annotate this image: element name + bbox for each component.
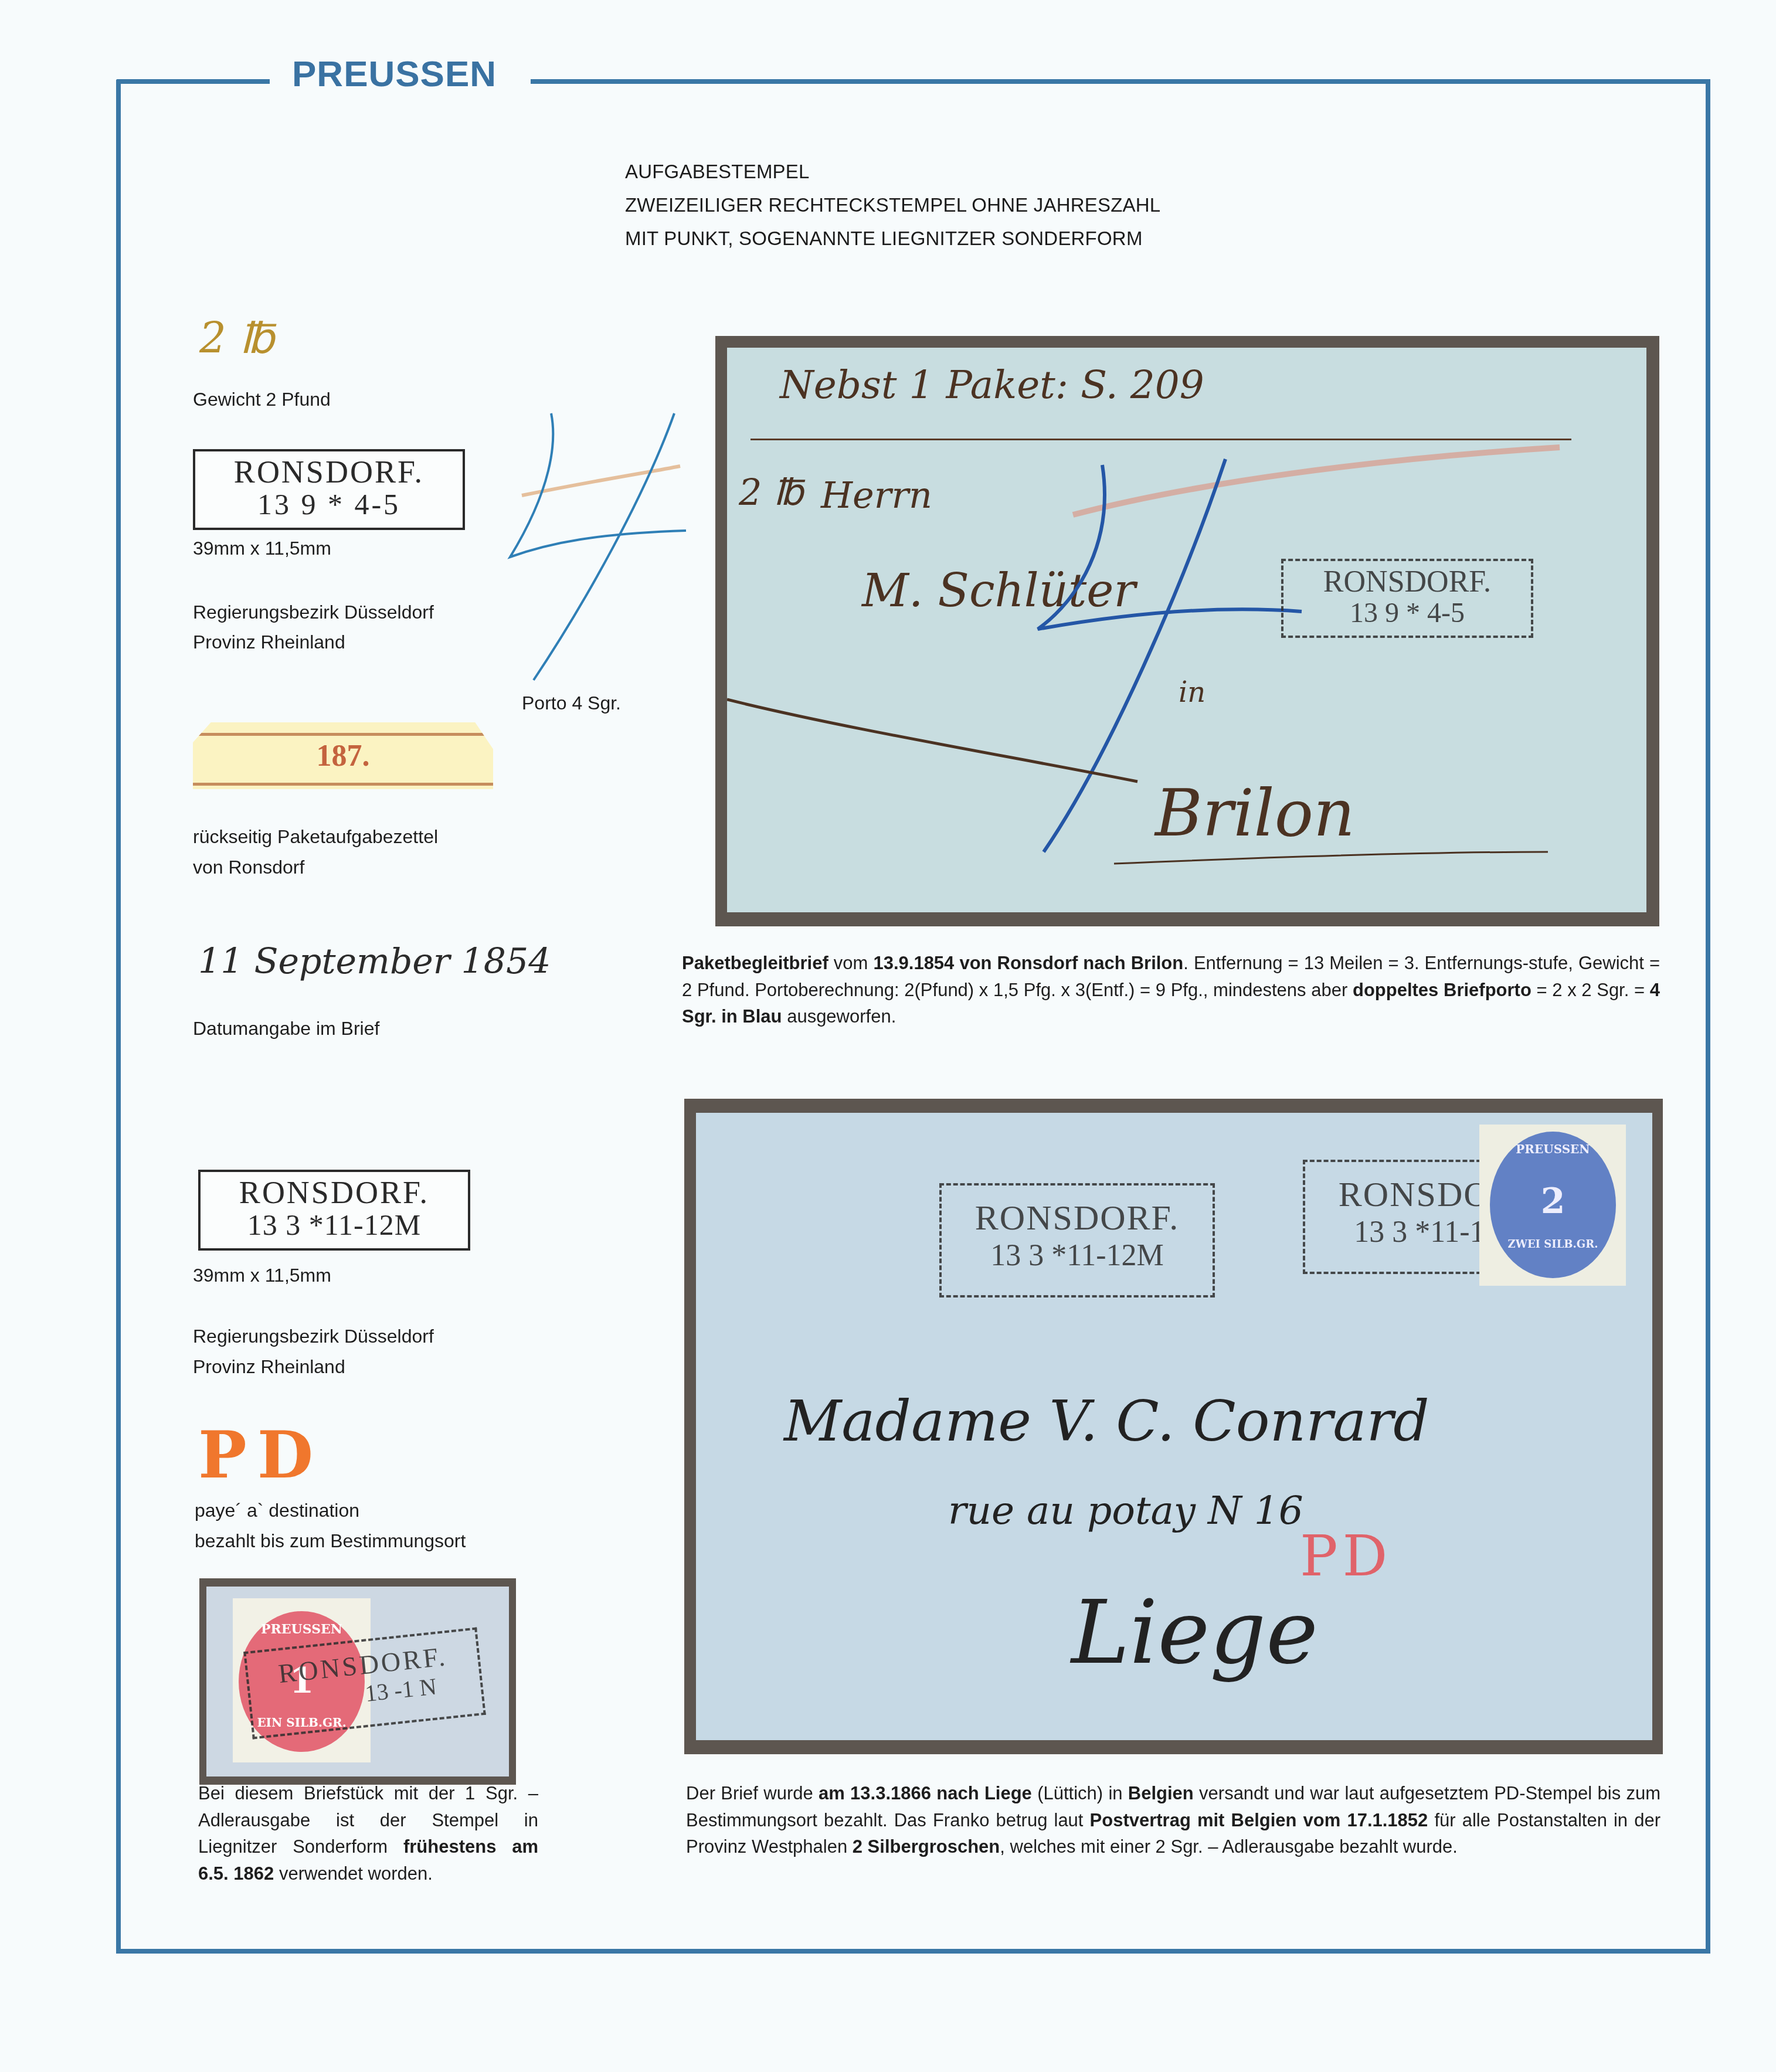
heading-line-2: ZWEIZEILIGER RECHTECKSTEMPEL OHNE JAHRES…: [625, 188, 1160, 222]
caption-segment: Paketbegleitbrief: [682, 953, 828, 973]
postage-stamp-value: 2: [1490, 1181, 1616, 1222]
postage-stamp-oval: PREUSSEN 2 ZWEI SILB.GR.: [1490, 1132, 1616, 1278]
caption-segment: = 2 x 2 Sgr. =: [1531, 980, 1650, 1000]
page-heading: AUFGABESTEMPEL ZWEIZEILIGER RECHTECKSTEM…: [625, 155, 1160, 255]
cover2-postmark-1: RONSDORF. 13 3 *11-12M: [939, 1183, 1215, 1297]
label-caption-line-1: rückseitig Paketaufgabezettel: [193, 821, 438, 852]
region-line-2: Provinz Rheinland: [193, 627, 345, 657]
ronsdorf-stamp-1866-reference: RONSDORF. 13 3 *11-12M: [198, 1170, 470, 1251]
cover-paper: RONSDORF. 13 3 *11-12M RONSDORF. 13 3 *1…: [696, 1113, 1652, 1740]
porto-caption: Porto 4 Sgr.: [522, 688, 621, 718]
pd-caption-line-2: bezahlt bis zum Bestimmungsort: [195, 1526, 466, 1556]
caption-segment: 13.9.1854: [873, 953, 954, 973]
label-caption-line-2: von Ronsdorf: [193, 852, 304, 882]
fragment-caption: Bei diesem Briefstück mit der 1 Sgr. – A…: [198, 1780, 538, 1887]
frame-left-border: [116, 79, 121, 1954]
label-number: 187.: [193, 739, 493, 773]
caption-segment: Postvertrag mit Belgien vom 17.1.1852: [1090, 1810, 1428, 1830]
cover2-pd-mark: PD: [1300, 1523, 1393, 1589]
date-caption: Datumangabe im Brief: [193, 1013, 379, 1044]
postmark1-line-2: 13 3 *11-12M: [942, 1238, 1213, 1273]
fragment-1sgr: PREUSSEN 1 EIN SILB.GR. RONSDORF. 13 -1 …: [199, 1578, 516, 1785]
stamp-line-1: RONSDORF.: [201, 1176, 468, 1210]
label-top-rule: [193, 733, 493, 736]
stamp-size-caption-1: 39mm x 11,5mm: [193, 533, 331, 563]
cover-ronsdorf-postmark: RONSDORF. 13 9 * 4-5: [1281, 559, 1533, 638]
pd-mark: PD: [198, 1420, 324, 1490]
region-line-2b: Provinz Rheinland: [193, 1351, 345, 1382]
cover2-address-line-1: Madame V. C. Conrard: [784, 1388, 1429, 1454]
cover-1854-caption: Paketbegleitbrief vom 13.9.1854 von Rons…: [682, 950, 1660, 1030]
cover-1866-caption: Der Brief wurde am 13.3.1866 nach Liege …: [686, 1780, 1660, 1860]
postmark-line-2: 13 9 * 4-5: [1283, 599, 1531, 628]
paket-label-187: 187.: [193, 722, 493, 789]
cover-1866-liege: RONSDORF. 13 3 *11-12M RONSDORF. 13 3 *1…: [684, 1099, 1663, 1754]
label-bottom-rule: [193, 783, 493, 786]
frame-top-right-segment: [531, 79, 1710, 84]
caption-segment: von Ronsdorf nach Brilon: [959, 953, 1183, 973]
stamp-line-2: 13 3 *11-12M: [201, 1210, 468, 1240]
cover-paper: Nebst 1 Paket: S. 209 2 ℔ Herrn M. Schlü…: [727, 348, 1646, 912]
caption-segment: Belgien: [1128, 1783, 1194, 1803]
caption-segment: 2 Silbergroschen: [853, 1836, 1000, 1857]
porto-4-handwriting-icon: [504, 407, 692, 683]
postage-stamp-bottom: ZWEI SILB.GR.: [1490, 1238, 1616, 1251]
fragment-stamp-top: PREUSSEN: [239, 1622, 365, 1637]
postmark-line-1: RONSDORF.: [1283, 566, 1531, 599]
stamp-line-1: RONSDORF.: [195, 455, 463, 489]
caption-segment: verwendet worden.: [274, 1863, 433, 1884]
postmark1-line-1: RONSDORF.: [942, 1197, 1213, 1238]
caption-segment: Der Brief wurde: [686, 1783, 819, 1803]
cover2-address-line-2: rue au potay N 16: [948, 1488, 1303, 1533]
caption-segment: vom: [828, 953, 874, 973]
fragment-paper: PREUSSEN 1 EIN SILB.GR. RONSDORF. 13 -1 …: [206, 1587, 509, 1777]
caption-segment: (Lüttich) in: [1032, 1783, 1128, 1803]
postage-stamp-2sgr: PREUSSEN 2 ZWEI SILB.GR.: [1479, 1125, 1626, 1286]
heading-line-3: MIT PUNKT, SOGENANNTE LIEGNITZER SONDERF…: [625, 222, 1160, 255]
cover-1854-brilon: Nebst 1 Paket: S. 209 2 ℔ Herrn M. Schlü…: [715, 336, 1659, 926]
weight-handwriting: 2 ℔: [199, 314, 274, 363]
cover2-destination: Liege: [1071, 1582, 1318, 1684]
heading-line-1: AUFGABESTEMPEL: [625, 155, 1160, 188]
region-line-1b: Regierungsbezirk Düsseldorf: [193, 1321, 434, 1351]
ronsdorf-stamp-1854-reference: RONSDORF. 13 9 * 4-5: [193, 449, 465, 530]
page-title: PREUSSEN: [292, 54, 497, 95]
caption-segment: ausgeworfen.: [782, 1006, 897, 1027]
caption-segment: , welches mit einer 2 Sgr. – Adlerausgab…: [1000, 1836, 1458, 1857]
frame-right-border: [1706, 79, 1710, 1954]
pd-caption-line-1: paye´ a` destination: [195, 1495, 359, 1526]
frame-bottom-border: [116, 1949, 1710, 1954]
weight-caption: Gewicht 2 Pfund: [193, 384, 331, 415]
caption-segment: am 13.3.1866 nach Liege: [819, 1783, 1032, 1803]
region-line-1: Regierungsbezirk Düsseldorf: [193, 597, 434, 627]
frame-top-left-segment: [116, 79, 270, 84]
postage-stamp-top: PREUSSEN: [1490, 1142, 1616, 1156]
caption-segment: doppeltes Briefporto: [1353, 980, 1531, 1000]
stamp-size-caption-2: 39mm x 11,5mm: [193, 1260, 331, 1290]
stamp-line-2: 13 9 * 4-5: [195, 489, 463, 519]
date-handwriting: 11 September 1854: [198, 941, 551, 982]
